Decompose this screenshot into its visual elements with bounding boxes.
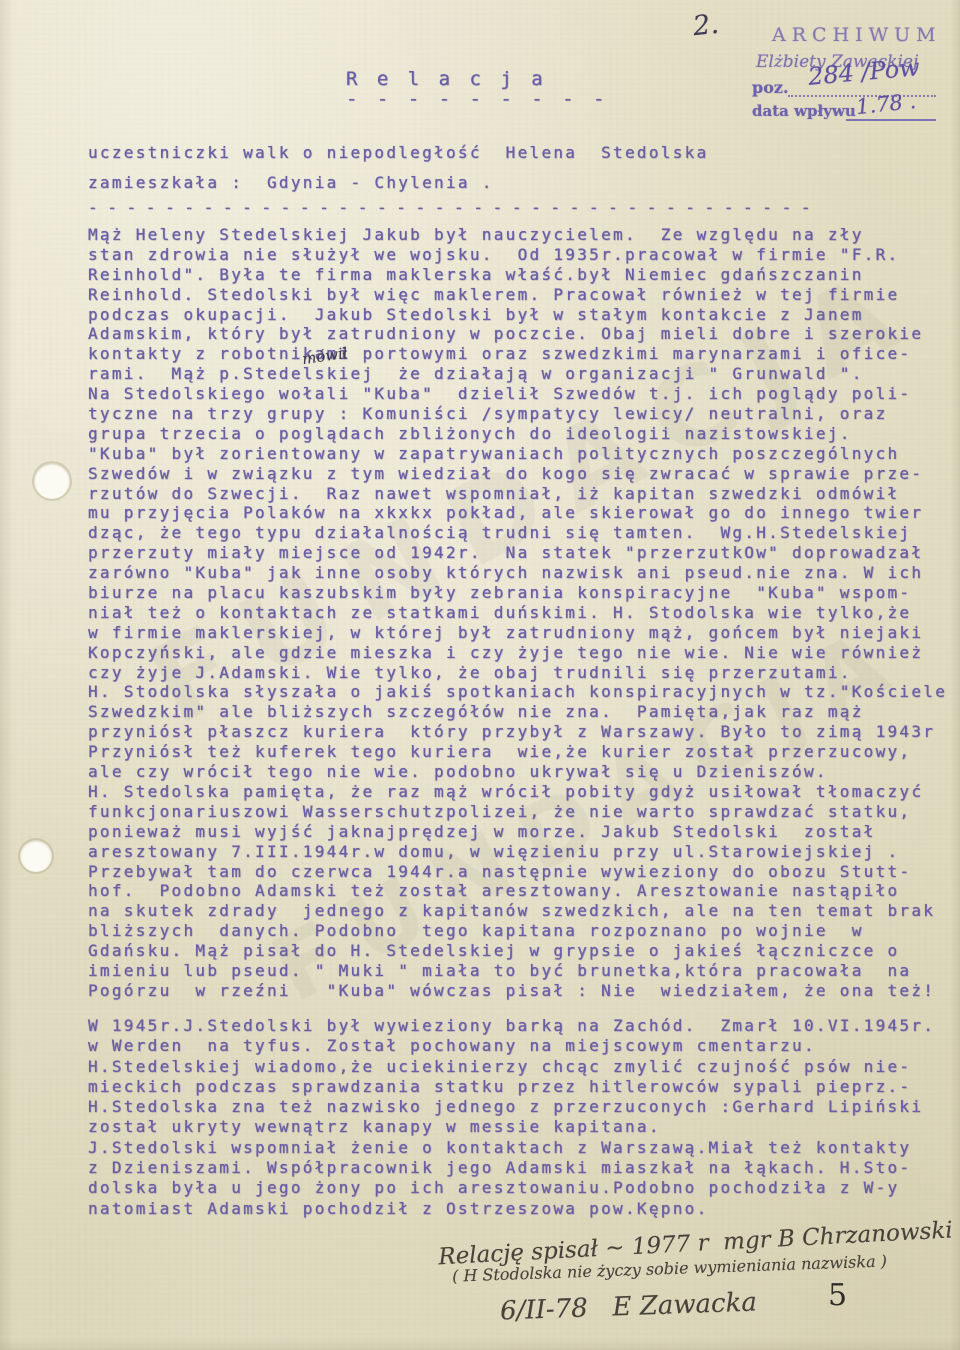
typed-text-line: w Werden na tyfus. Został pochowany na m… [88,1036,935,1056]
page-number: 5 [828,1278,847,1313]
punch-hole [34,463,70,499]
typed-text-line: tyczne na trzy grupy : Komuniści /sympat… [88,404,947,424]
stamp-archiwum: ARCHIWUM [772,24,942,46]
typed-text-line: rami. Mąż p.Stedelskiej że działają w or… [88,364,947,384]
typed-text-line: dolska była u jego żony po ich aresztowa… [88,1178,935,1198]
typed-text-line: z Dzieniszami. Współpracownik jego Adams… [88,1158,935,1178]
typed-text-line: J.Stedolski wspomniał żenie o kontaktach… [88,1138,935,1158]
typed-text-line: podczas okupacji. Jakub Stedolski był w … [88,305,947,325]
corner-number: 2. [691,9,720,43]
typed-text-line: Przebywał tam do czerwca 1944r.a następn… [88,862,947,882]
typed-text-line: "Kuba" był zorientowany w zapatrywaniach… [88,444,947,464]
body-paragraph-1: Mąż Heleny Stedelskiej Jakub był nauczyc… [88,225,947,1001]
typed-text-line: przyniósł płaszcz kuriera który przybył … [88,722,947,742]
typed-text-line: w firmie maklerskiej, w której był zatru… [88,623,947,643]
typed-text-line: imieniu lub pseud. " Muki " miała to być… [88,961,947,981]
stamp-poz-label: poz. [752,78,789,97]
header-line-address: zamieszkała : Gdynia - Chylenia . [88,173,494,192]
typed-text-line: dząc, że tego typu działalnością trudni … [88,523,947,543]
typed-text-line: Pogórzu w rzeźni "Kuba" wówczas pisał : … [88,981,947,1001]
typed-text-line: Gdańsku. Mąż pisał do H. Stedelskiej w g… [88,941,947,961]
page-title: R e l a c j a [346,68,547,90]
typed-text-line: aresztowany 7.III.1944r.w domu, w więzie… [88,842,947,862]
typed-text-line: zarówno "Kuba" jak inne osoby których na… [88,563,947,583]
typed-text-line: na skutek zdrady jednego z kapitanów szw… [88,901,947,921]
typed-text-line: stan zdrowia nie służył we wojsku. Od 19… [88,245,947,265]
typed-text-line: rzutów do Szwecji. Raz nawet wspomniał, … [88,484,947,504]
typed-text-line: biurze na placu kaszubskim były zebrania… [88,583,947,603]
typed-text-line: czy żyje J.Adamski. Wie tylko, że obaj t… [88,663,947,683]
typed-text-line: funkcjonariuszowi Wasserschutzpolizei, ż… [88,802,947,822]
typed-text-line: kontakty z robotnikami portowymi oraz sz… [88,344,947,364]
typed-text-line: Reinhold". Była te firma maklerska właść… [88,265,947,285]
typed-text-line: H.Stedelskiej wiadomo,że uciekinierzy ch… [88,1057,935,1077]
punch-hole [20,840,52,872]
date-value-handwritten: 1.78 . [855,89,917,119]
typed-text-line: ponieważ musi wyjść jaknajprędzej w morz… [88,822,947,842]
stamp-date-line [846,119,936,121]
typed-text-line: natomiast Adamski pochodził z Ostrzeszow… [88,1199,935,1219]
typed-text-line: został ukryty wewnątrz kanapy w messie k… [88,1117,935,1137]
typed-text-line: Szwedów i w związku z tym wiedział do ko… [88,464,947,484]
body-paragraph-2: W 1945r.J.Stedolski był wywieziony barką… [88,1016,935,1219]
footer-date-signature: 6/II-78 E Zawacka [500,1288,758,1327]
typed-text-line: W 1945r.J.Stedolski był wywieziony barką… [88,1016,935,1036]
typed-text-line: Reinhold. Stedolski był więc maklerem. P… [88,285,947,305]
typed-text-line: Przyniósł też kuferek tego kuriera wie,ż… [88,742,947,762]
typed-text-line: H. Stedolska pamięta, że raz mąż wrócił … [88,782,947,802]
typed-text-line: Szwedzkim" ale bliższych szczegółów nie … [88,702,947,722]
typed-text-line: przerzuty miały miejsce od 1942r. Na sta… [88,543,947,563]
stamp-date-label: data wpływu [752,102,856,120]
title-underline: - - - - - - - - - [346,88,608,110]
typed-text-line: Na Stedolskiego wołali "Kuba" dzielił Sz… [88,384,947,404]
typed-text-line: mu przyjęcia Polaków na xkxkx pokład, al… [88,503,947,523]
typed-text-line: grupa trzecia o poglądach zbliżonych do … [88,424,947,444]
typed-text-line: H.Stedolska zna też nazwisko jednego z p… [88,1097,935,1117]
header-line-participant: uczestniczki walk o niepodległość Helena… [88,143,709,162]
typed-text-line: niał też o kontaktach ze statkami duński… [88,603,947,623]
typed-text-line: Kopczyński, ale gdzie mieszka i czy żyje… [88,643,947,663]
typed-text-line: Adamskim, który był zatrudniony w poczci… [88,324,947,344]
typed-text-line: bliższych danych. Podobno tego kapitana … [88,921,947,941]
typed-text-line: mieckich podczas sprawdzania statku prze… [88,1077,935,1097]
typed-text-line: H. Stodolska słyszała o jakiś spotkaniac… [88,682,947,702]
typed-text-line: Mąż Heleny Stedelskiej Jakub był nauczyc… [88,225,947,245]
separator-dashes: - - - - - - - - - - - - - - - - - - - - … [88,198,810,217]
typed-text-line: hof. Podobno Adamski też został aresztow… [88,881,947,901]
typed-text-line: ale czy wrócił tego nie wie. podobno ukr… [88,762,947,782]
document-page: FUNDACJA FUNDACJA 2. ARCHIWUM Elżbiety Z… [0,0,960,1350]
